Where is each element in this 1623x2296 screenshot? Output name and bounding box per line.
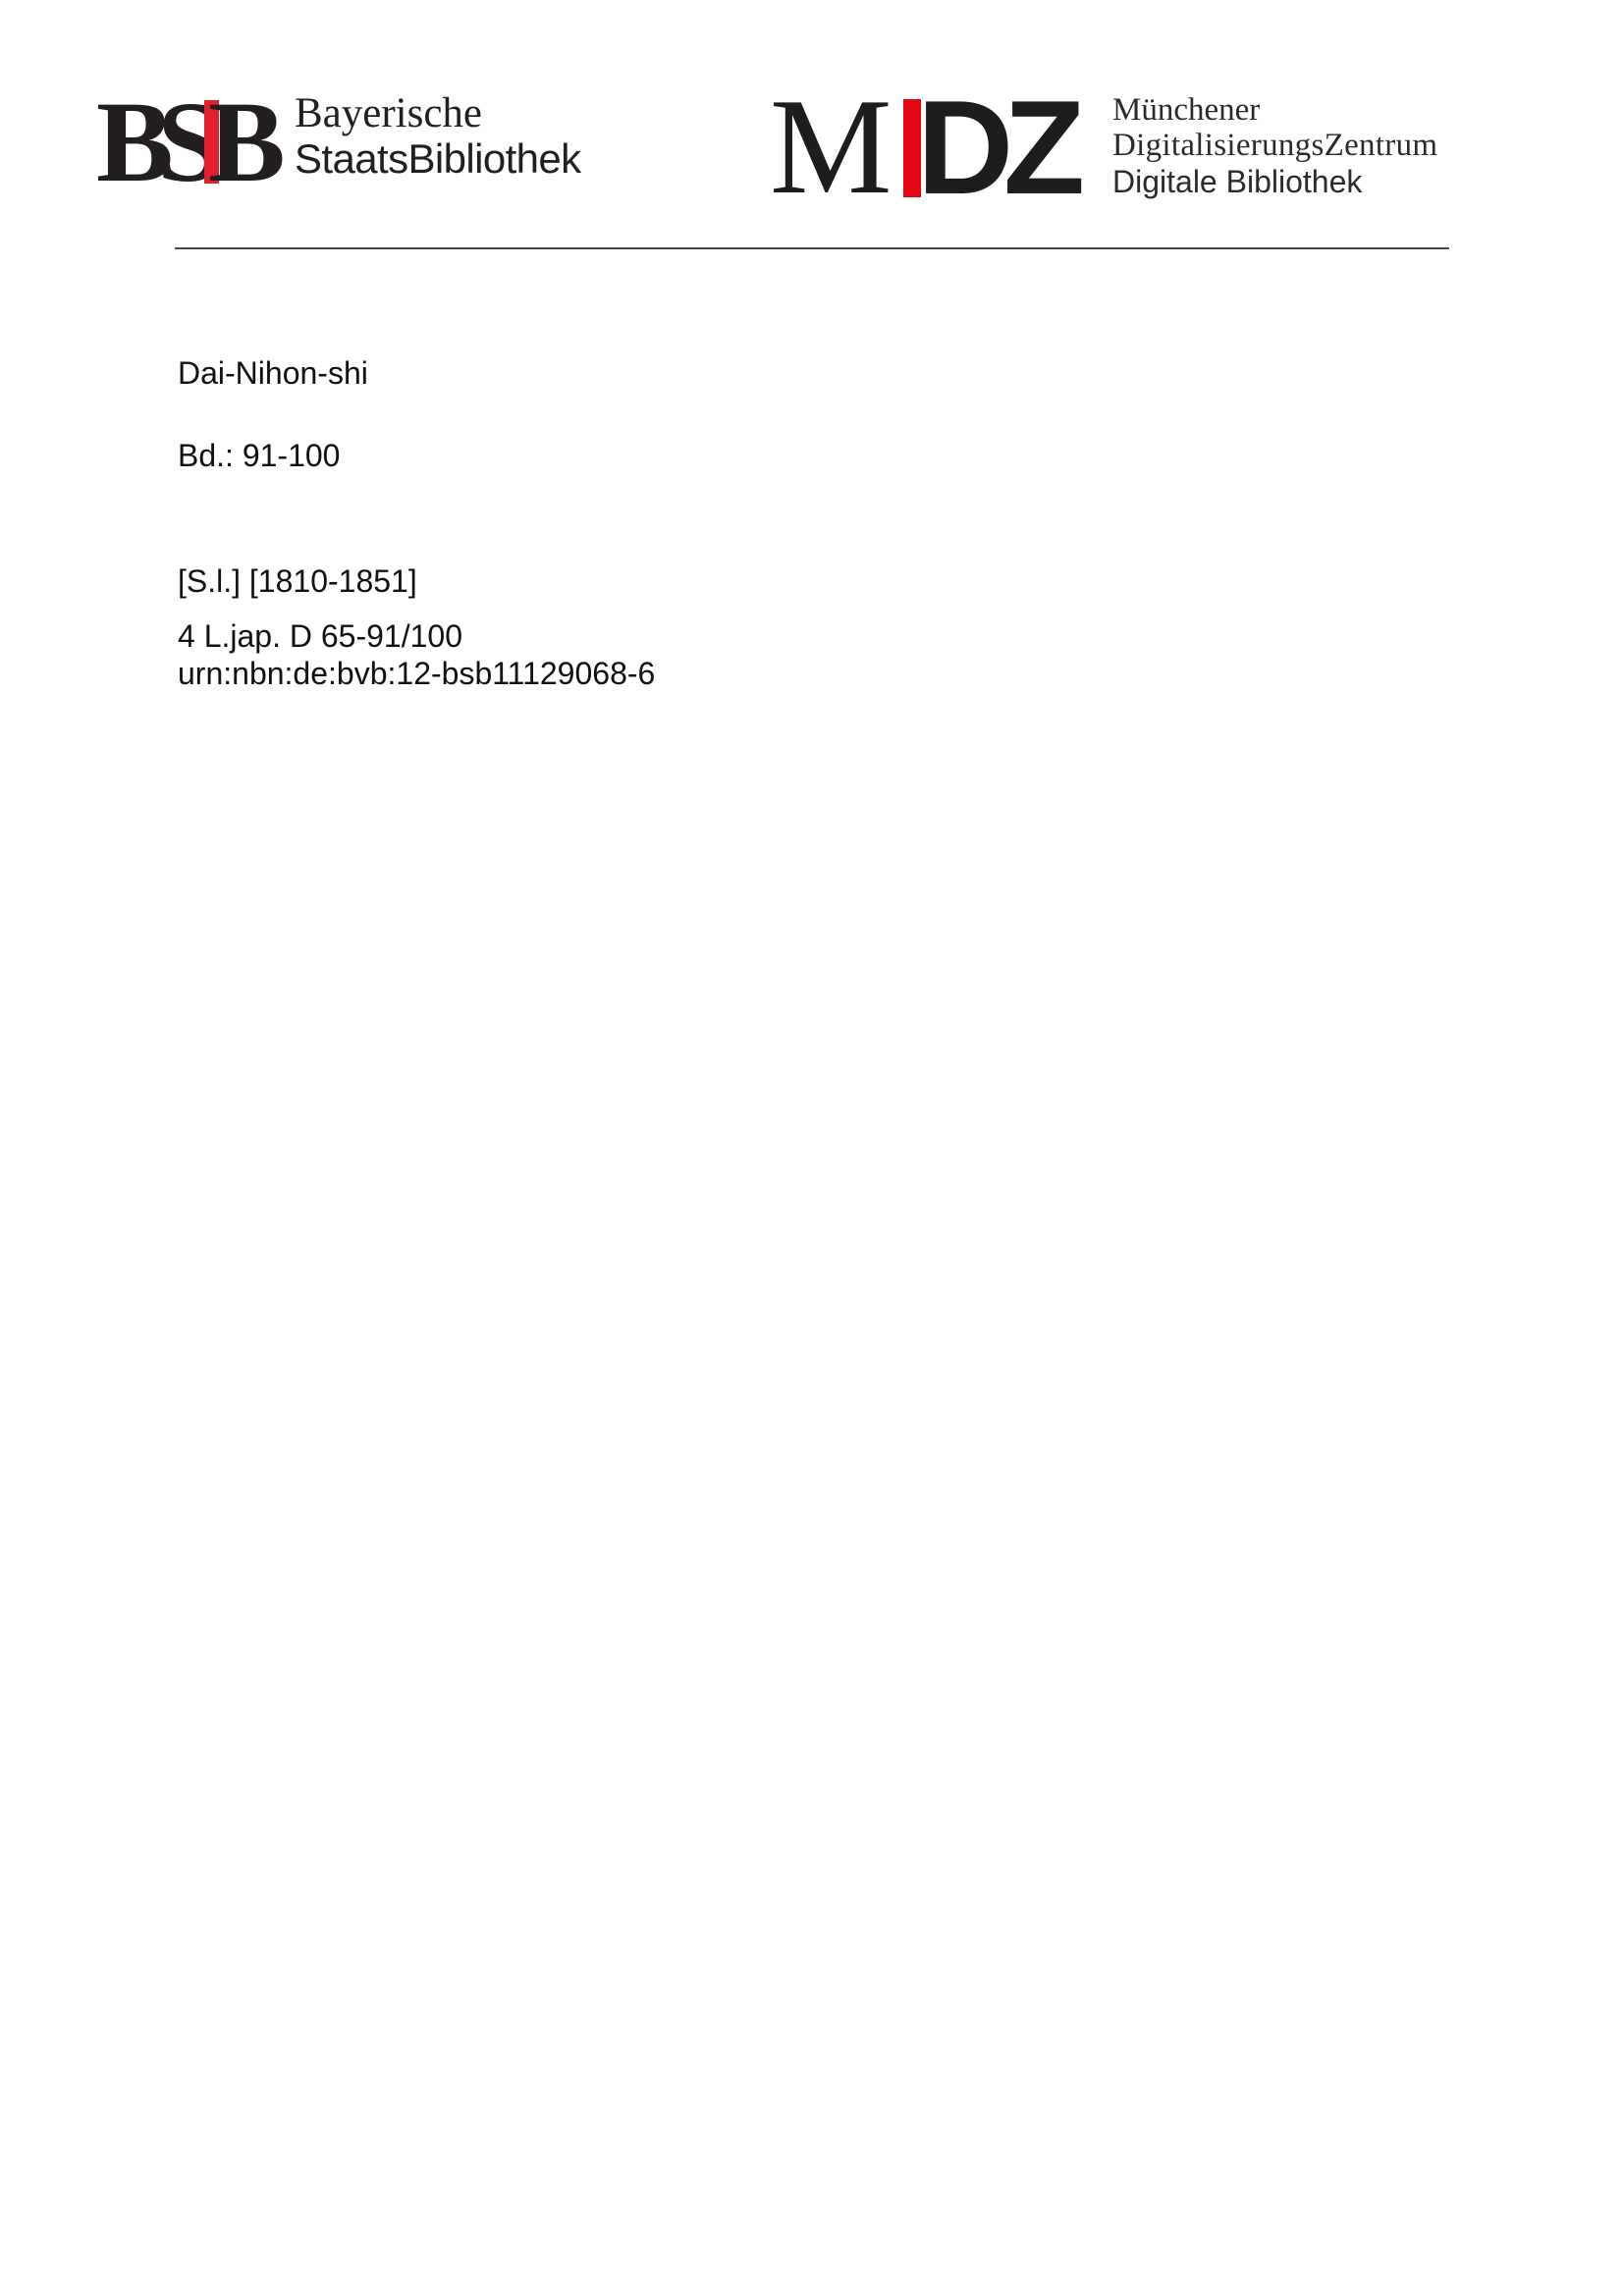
record-urn: urn:nbn:de:bvb:12-bsb11129068-6 [178,656,655,691]
mdz-logo-letter-m: M [770,90,892,204]
bsb-logo-mark: B S B [96,90,279,194]
record-volume: Bd.: 91-100 [178,438,340,473]
bsb-logo-line1: Bayerische [295,90,482,137]
mdz-logo-letter-d: D [917,90,1013,204]
mdz-logo-mark: M D Z [770,90,1094,203]
bsb-logo-line2: StaatsBibliothek [295,135,581,183]
bsb-logo-letter-b2: B [208,90,282,194]
record-title: Dai-Nihon-shi [178,355,368,391]
mdz-logo-letter-z: Z [1003,90,1085,204]
mdz-logo-line2: DigitalisierungsZentrum [1112,128,1437,163]
mdz-logo-line3: Digitale Bibliothek [1112,163,1362,200]
mdz-logo-line1: Münchener [1112,92,1260,128]
record-publication: [S.l.] [1810-1851] [178,563,417,599]
record-shelfmark: 4 L.jap. D 65-91/100 [178,618,462,654]
header-divider [175,247,1449,249]
